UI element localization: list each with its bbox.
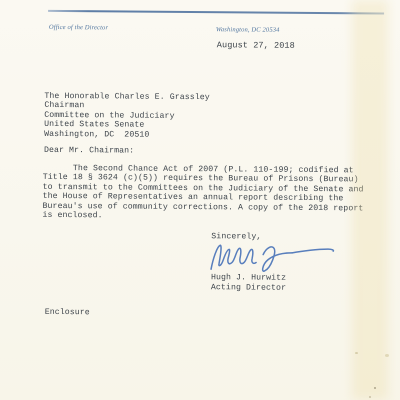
signature-handwriting-icon <box>206 240 338 275</box>
signature <box>206 240 338 275</box>
letterhead-rule <box>48 10 384 14</box>
signer-name: Hugh J. Hurwitz <box>211 273 286 283</box>
salutation: Dear Mr. Chairman: <box>44 146 134 156</box>
letterhead-office: Office of the Director <box>49 24 108 31</box>
scanned-letter-page: Office of the Director Washington, DC 20… <box>0 0 400 400</box>
enclosure-notation: Enclosure <box>45 308 90 318</box>
letter-content: Office of the Director Washington, DC 20… <box>0 0 400 400</box>
letterhead-city: Washington, DC 20534 <box>216 26 280 33</box>
letter-date: August 27, 2018 <box>217 41 295 51</box>
letter-body: The Second Chance Act of 2007 (P.L. 110-… <box>42 164 376 223</box>
recipient-address-block: The Honorable Charles E. Grassley Chairm… <box>44 92 210 140</box>
signer-title: Acting Director <box>211 283 286 293</box>
